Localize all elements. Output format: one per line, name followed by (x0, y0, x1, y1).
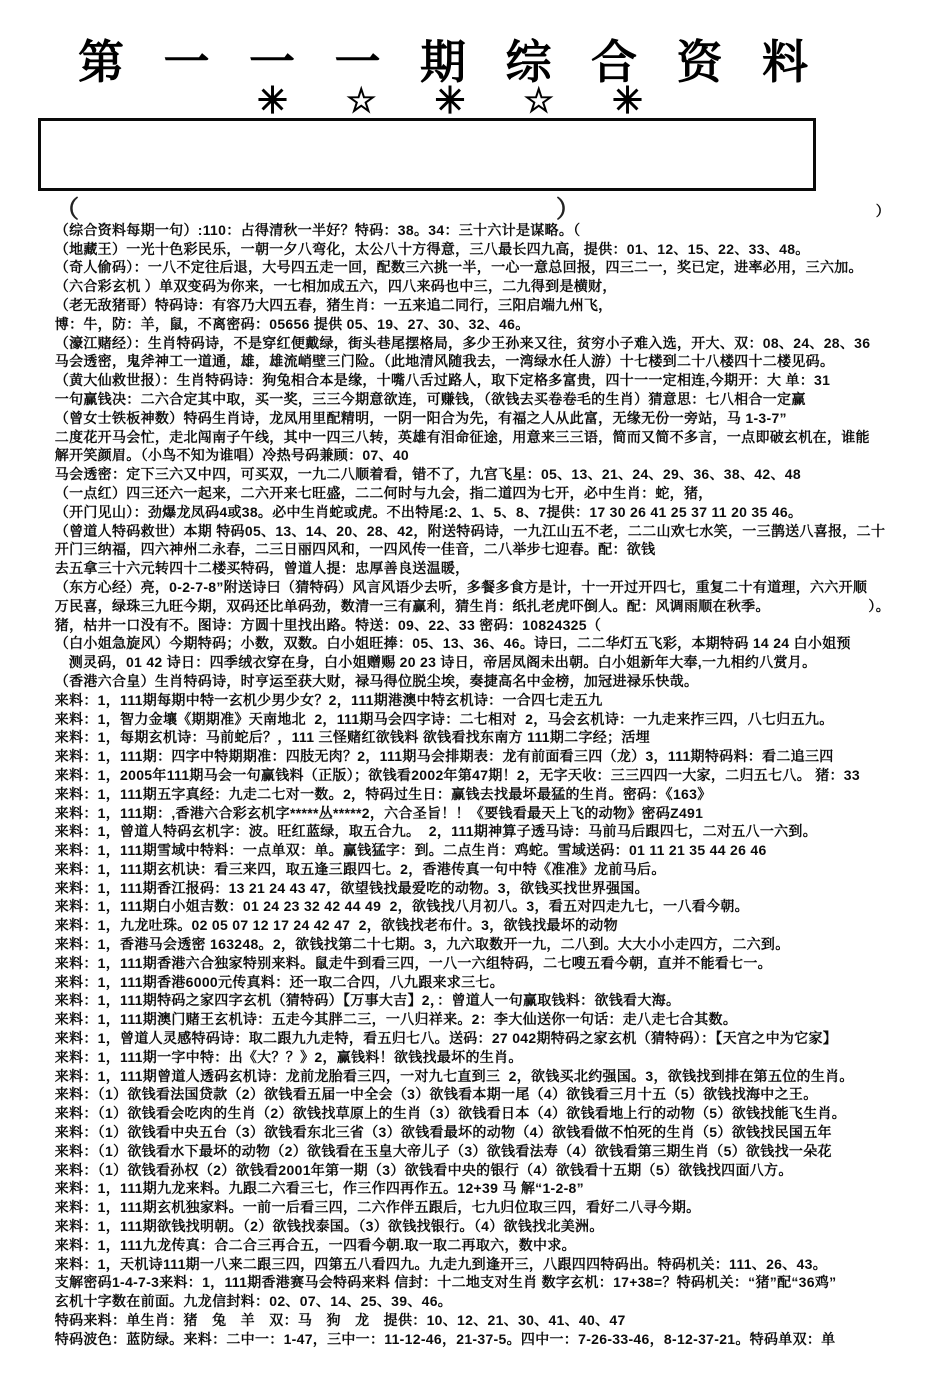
text-line: 支解密码1-4-7-3来料：1，111期香港赛马会特码来料 信封：十二地支对生肖… (38, 1255, 890, 1274)
body-lines: （综合资料每期一句）:110：占得清秋一半好？特码：38。34：三十六计是谋略。… (38, 202, 890, 1330)
text-line: 二度花开马会忙，走北闯南子午线，其中一四三八转，英雄有泪命征途，用意来三三语，简… (38, 409, 890, 428)
empty-announcement-box (38, 118, 816, 191)
text-line: 来料：1，111期雪域中特料：一点单双：单。赢钱猛字：到。二点生肖：鸡蛇。雪域送… (38, 822, 890, 841)
text-line: （开门见山）：劲爆龙凤码4或38。必中生肖蛇或虎。不出特尾:2、1、5、8、7提… (38, 484, 890, 503)
asterisk-icon: ✳ (434, 82, 465, 119)
text-line: 来料：1，111期五字真经：九走二七对一数。2，特码过生日：赢钱去找最坏最猛的生… (38, 766, 890, 785)
text-line: 来料：1，111期澳门赌王玄机诗：五走今其胖二三，一八归祥来。2：李大仙送你一句… (38, 991, 890, 1010)
text-line: 来料：1，天机诗111期一八来二跟三四，四第五八看四九。九走九到逢开三，八跟四四… (38, 1236, 890, 1255)
text-line: 来料：（1）欲钱看水下最坏的动物（2）欲钱看在玉皇大帝儿子（3）欲钱看法寿（4）… (38, 1123, 890, 1142)
text-line: 来料：1，111期香江报码：13 21 24 43 47，欲望钱找最爱吃的动物。… (38, 860, 890, 879)
text-line: 来料：1，111期香港六合独家特别来料。鼠走牛到看三四，一八一六组特码，二七嗖五… (38, 935, 890, 954)
text-line: 博：牛，防：羊，鼠，不离密码：05656 提供 05、19、27、30、32、4… (38, 296, 890, 315)
text-line: 来料：1，111期白小姐吉数：01 24 23 32 42 44 49 2，欲钱… (38, 879, 890, 898)
text-line: 开门三纳福，四六神州二永春，二三日丽四风和，一四风传一佳音，二八举步七迎春。配：… (38, 522, 890, 541)
text-line: 来料：1，香港马会透密 163248。2，欲钱找第二十七期。3，九六取数开一九，… (38, 916, 890, 935)
text-line: （六合彩玄机 ）单双变码为你来，一七相加成五六，四八来码也中三，二九得到是横财， (38, 258, 890, 277)
text-line: 特码波色：蓝防绿。来料：二中一：1-47，三中一：11-12-46，21-37-… (38, 1311, 890, 1330)
star-icon: ☆ (524, 84, 554, 118)
asterisk-icon: ✳ (257, 82, 288, 119)
star-icon: ☆ (346, 84, 376, 118)
text-line: （濠江赌经）：生肖特码诗，不是穿红便戴绿，街头巷尾摆格局，多少王孙来又往，贫穷小… (38, 315, 890, 334)
text-line: 来料：1，111期每期中特一玄机少男少女？2，111期港澳中特玄机诗：一合四七走… (38, 672, 890, 691)
text-line: 来料：1，曾道人灵感特码诗：取二跟九九走特，看五归七八。送码：27 042期特码… (38, 1010, 890, 1029)
text-line: （一点红）四三还六一起来，二六开来七旺盛，二二何时与九会，指二道四为七开，必中生… (38, 465, 890, 484)
text-line: 马会透密，鬼斧神工一道通，雄，雄流峭壁三门险。（此地清风随我去，一湾绿水任人游）… (38, 334, 890, 353)
text-line: 玄机十字数在前面。九龙信封料：02、07、14、25、39、46。 (38, 1273, 890, 1292)
text-line: 特码来料：单生肖：猪 兔 羊 双：马 狗 龙 提供：10、12、21、30、41… (38, 1292, 890, 1311)
text-line: 来料：1，智力金壤《期期准》天南地北 2，111期马会四字诗：二七相对 2，马会… (38, 691, 890, 710)
text-line: 来料：1，111期特码之家四字玄机（猜特码）【万事大吉】2，：曾道人一句赢取钱料… (38, 973, 890, 992)
text-line: 猪，枯井一口没有不。图诗：方圆十里找出路。特送：09、22、33 密码：1082… (38, 597, 890, 616)
text-line: 去五拿三十六元转四十二楼买特码，曾道人提：忠厚善良送温暖， (38, 540, 890, 559)
document-page: 第 一 一 一 期 综 合 资 料 ✳ ☆ ✳ ☆ ✳ （ ） （综合资料每期一… (0, 0, 952, 1388)
text-line: （地藏王）一光十色彩民乐，一朝一夕八弯化，太公八十方得意，三八最长四九高，提供：… (38, 221, 890, 240)
text-line: 来料：（1）欲钱看孙权（2）欲钱看2001年第一期（3）欲钱看中央的银行（4）欲… (38, 1142, 890, 1161)
text-line-right-paren: ）。 (868, 597, 890, 616)
text-line: 来料：1，2005年111期马会一句赢钱料（正版）；欲钱看2002年第47期！2… (38, 747, 890, 766)
text-line: 来料：1，111期：四字中特期期准：四肢无肉？2，111期马会排期表：龙有前面看… (38, 728, 890, 747)
text-line: 来料：1，111期香港6000元传真料：还一取二合四，八九跟来求三七。 (38, 954, 890, 973)
text-line: 解开笑颜眉。（小鸟不知为谁唱）冷热号码兼顾：07、40 (38, 428, 890, 447)
text-line: （综合资料每期一句）:110：占得清秋一半好？特码：38。34：三十六计是谋略。… (38, 202, 890, 221)
text-line: （曾女士铁板神数）特码生肖诗，龙凤用里配精明，一阴一阳合为先，有福之人从此富，无… (38, 390, 890, 409)
text-line: （奇人偷码）：一八不定往后退，大号四五走一回，配数三六挑一半，一心一意总回报，四… (38, 240, 890, 259)
text-line: 来料：1，111期一字中特：出《大？？》2，赢钱料！欲钱找最坏的生肖。 (38, 1029, 890, 1048)
text-line: 来料：1，曾道人特码玄机字：波。旺红蓝绿，取五合九。 2，111期神算子透马诗：… (38, 804, 890, 823)
text-line: （老无敌猪哥）特码诗：有容乃大四五春，猪生肖：一五来追二同行，三阳启端九州飞， (38, 277, 890, 296)
text-line: 马会透密：定下三六又中四，可买双，一九二八顺着看，错不了，九宫飞星：05、13、… (38, 446, 890, 465)
text-line: 来料：（1）欲钱看中央五台（3）欲钱看东北三省（3）欲钱看最坏的动物（4）欲钱看… (38, 1104, 890, 1123)
asterisk-icon: ✳ (612, 82, 643, 119)
text-line: 一句赢钱决：二六合定其中取，买一奖，三三今期意欲连，可赚钱，（欲钱去买卷卷毛的生… (38, 371, 890, 390)
text-line: 来料：1，111九龙传真：合二合三再合五，一四看今朝.取一取二再取六，数中求。 (38, 1217, 890, 1236)
text-line: 来料：1，111期玄机诀：看三来四，取五逢三跟四七。2，香港传真一句中特《准准》… (38, 841, 890, 860)
text-line-right-paren: ） (876, 202, 890, 221)
text-line: 来料：1，九龙吐珠。02 05 07 12 17 24 42 47 2，欲钱找老… (38, 897, 890, 916)
text-line: 来料：1，111期：,香港六合彩玄机字*****丛*****2，六合圣旨！！《要… (38, 785, 890, 804)
text-line: （香港六合皇）生肖特码诗，时亨运至获大财，禄马得位脱尘埃，奏捷高名中金榜，加冠进… (38, 653, 890, 672)
text-line: 万民喜，绿珠三九旺今期，双码还比单码劲，数清一三有赢利，猜生肖：纸扎老虎吓倒人。… (38, 578, 890, 597)
text-line: 来料：（1）欲钱看法国贷款（2）欲钱看五届一中全会（3）欲钱看本期一尾（4）欲钱… (38, 1067, 890, 1086)
text-line: 来料：1，每期玄机诗：马前蛇后？，111 三怪赌红欲钱料 欲钱看找东南方 111… (38, 710, 890, 729)
text-line: 来料：1，111期玄机独家料。一前一后看三四，二六作伴五跟后，七九归位取三四，看… (38, 1179, 890, 1198)
text-line: 来料：1，111期欲钱找明朝。（2）欲钱找泰国。（3）欲钱找银行。（4）欲钱找北… (38, 1198, 890, 1217)
text-line: （黄大仙救世报）：生肖特码诗：狗兔相合本是缘，十嘴八舌过路人，取下定格多富贵，四… (38, 352, 890, 371)
text-line: 来料：（1）欲钱看会吃肉的生肖（2）欲钱找草原上的生肖（3）欲钱看日本（4）欲钱… (38, 1085, 890, 1104)
text-line-content: 特码波色：蓝防绿。来料：二中一：1-47，三中一：11-12-46，21-37-… (55, 1331, 836, 1347)
text-line: 来料：1，111期九龙来料。九跟二六看三七，作三作四再作五。12+39 马 解“… (38, 1161, 890, 1180)
text-line: （东方心经）亮，0-2-7-8”附送诗曰（猜特码）风言风语少去听，多餐多食方是计… (38, 559, 890, 578)
decorative-symbols: ✳ ☆ ✳ ☆ ✳ (0, 82, 900, 119)
text-line: （白小姐急旋风）今期特码；小数，双数。白小姐旺捧：05、13、36、46。诗曰，… (38, 616, 890, 635)
text-line: 测灵码，01 42 诗日：四季绒衣穿在身，白小姐赠赐 20 23 诗日，帝居凤阁… (38, 634, 890, 653)
text-line: 来料：1，111期曾道人透码玄机诗：龙前龙胎看三四，一对九七直到三 2，欲钱买北… (38, 1048, 890, 1067)
text-line: （曾道人特码救世）本期 特码05、13、14、20、28、42，附送特码诗，一九… (38, 503, 890, 522)
